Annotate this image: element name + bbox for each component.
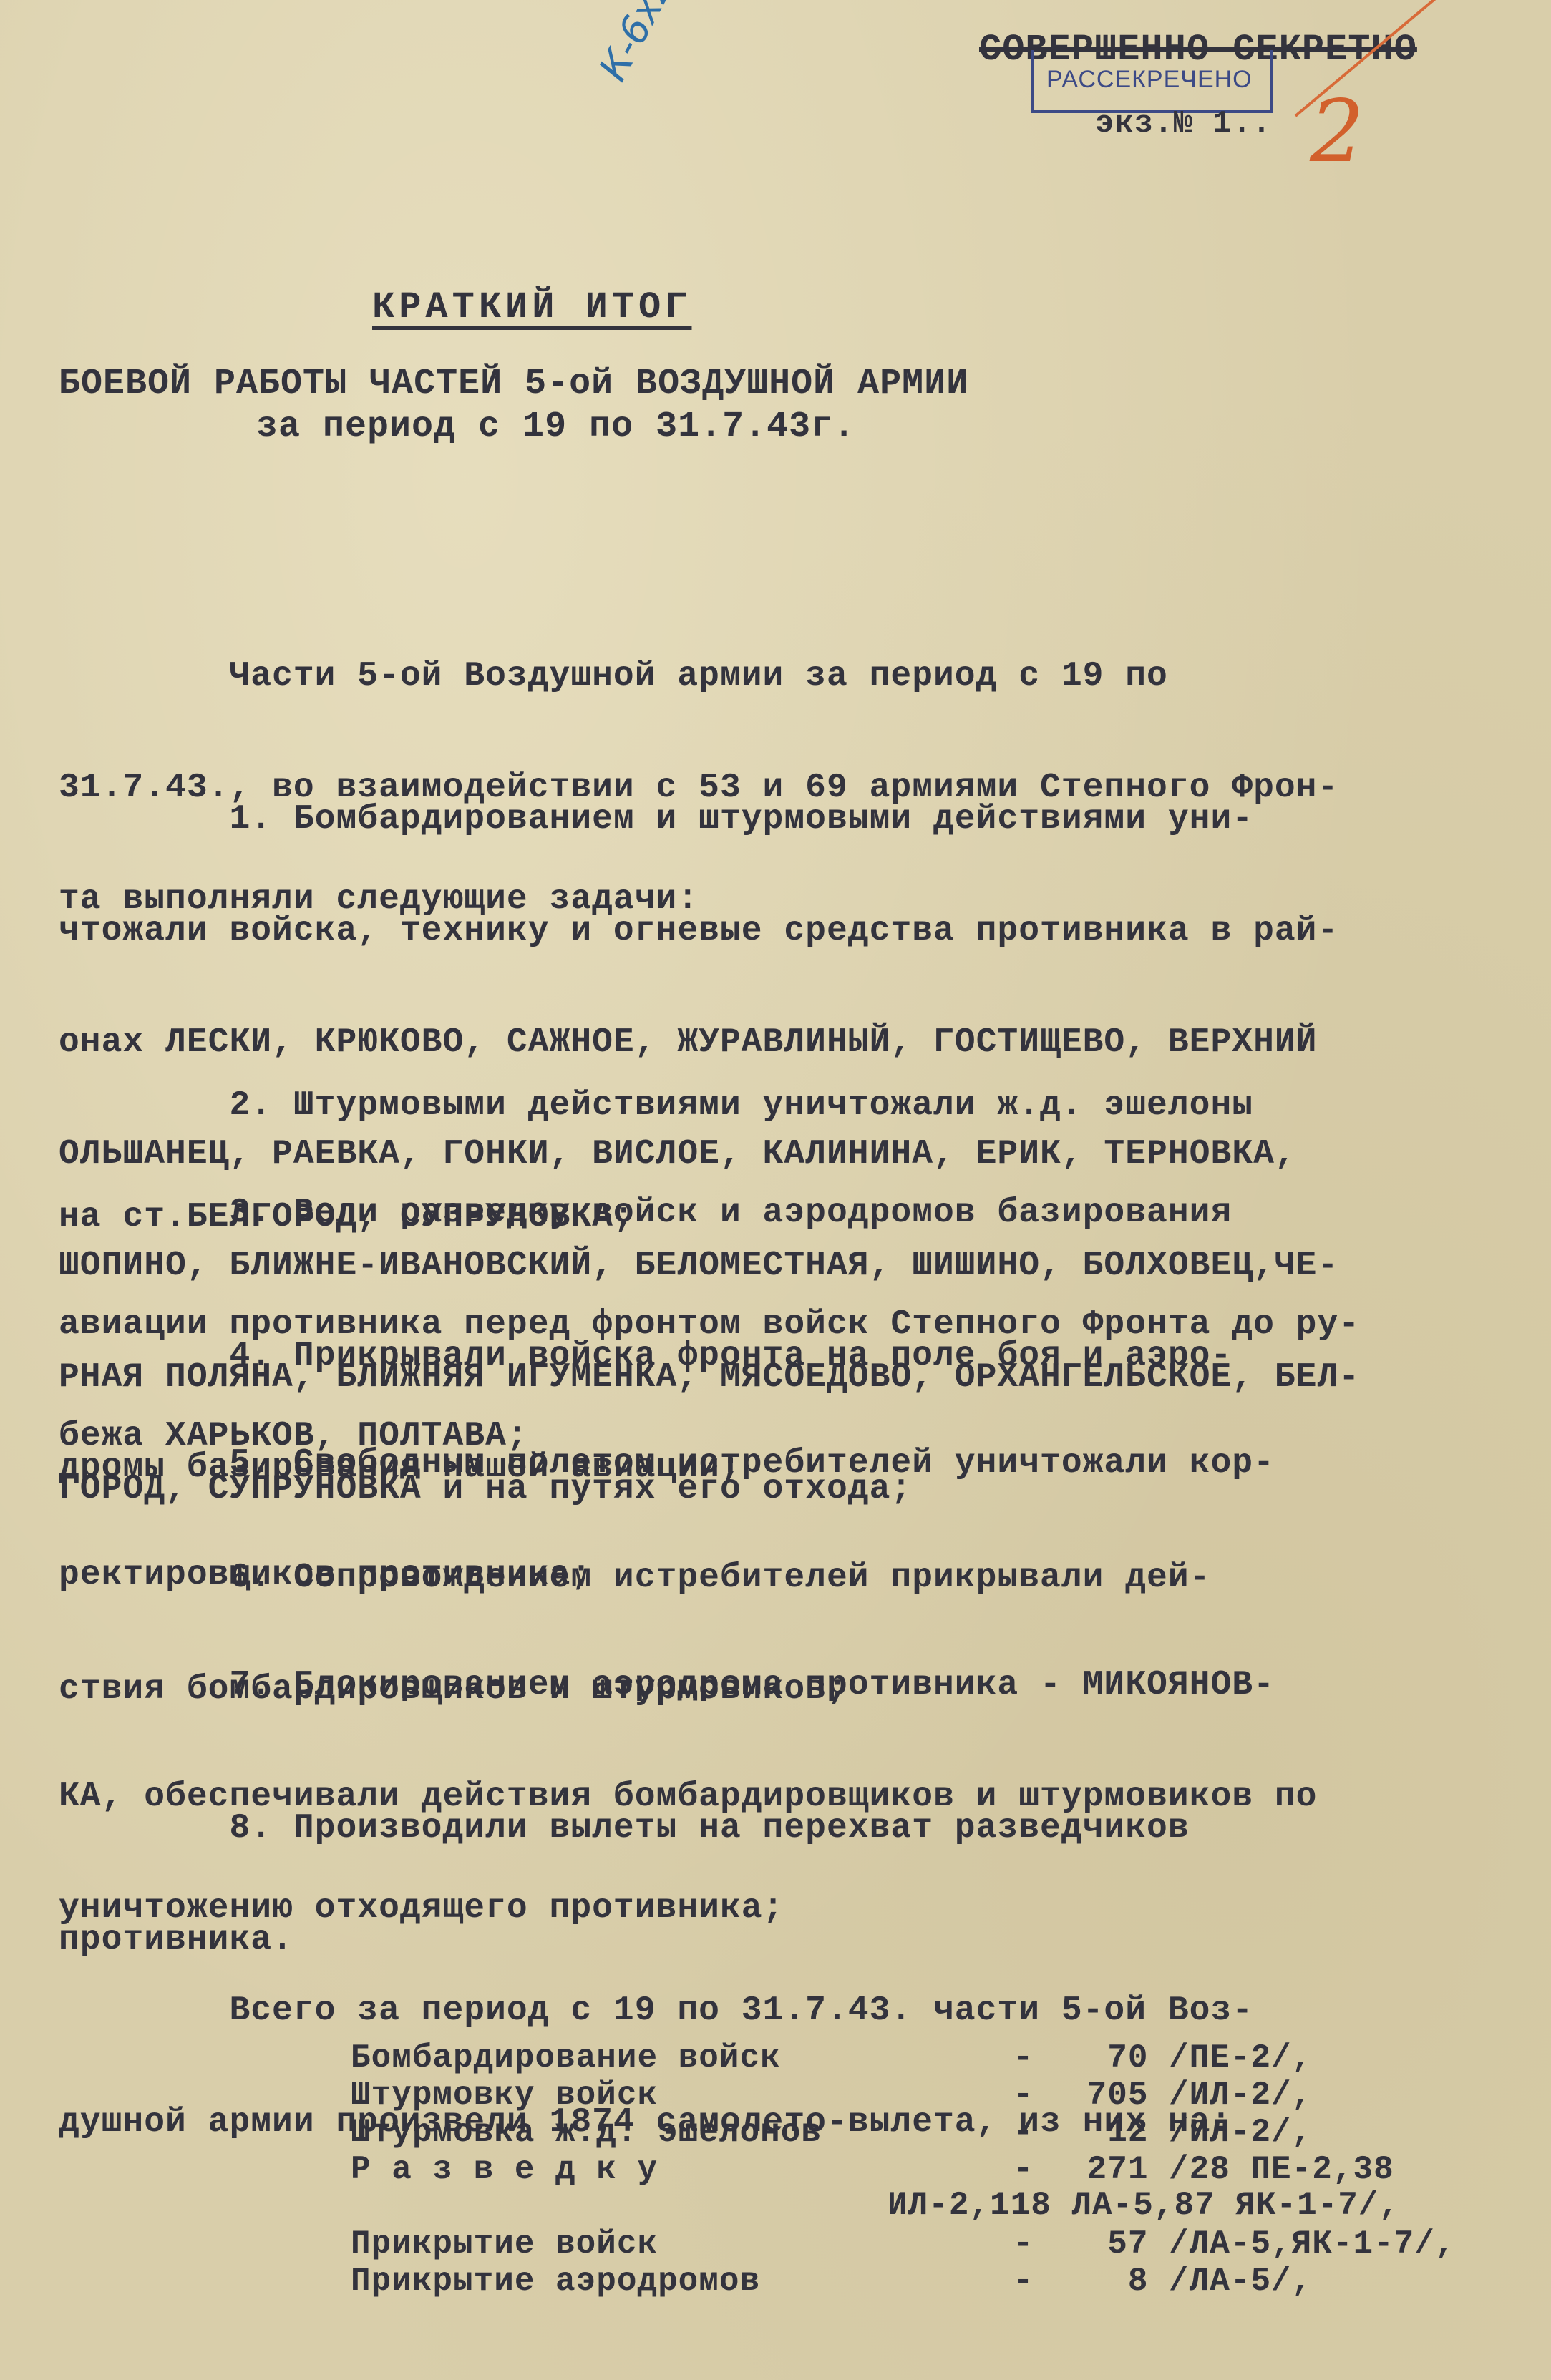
row-dash: - <box>981 2263 1066 2300</box>
copy-number: экз.№ 1.. <box>1095 106 1272 142</box>
table-row: Прикрытие аэродромов - 8 /ЛА-5/, <box>351 2263 1456 2300</box>
table-row: Штурмовка ж.д. эшелонов - 12 /ИЛ-2/, <box>351 2114 1456 2151</box>
row-dash: - <box>981 2151 1066 2188</box>
row-dash: - <box>981 2039 1066 2077</box>
text-line: Части 5-ой Воздушной армии за период с 1… <box>59 658 1519 695</box>
table-row: Штурмовку войск - 705 /ИЛ-2/, <box>351 2077 1456 2114</box>
text-line: 7. Блокированием аэродрома противника - … <box>59 1667 1519 1704</box>
row-value: 271 /28 ПЕ-2,38 <box>1066 2151 1394 2188</box>
text-line: 5. Свободным полетом истребителей уничто… <box>59 1445 1519 1482</box>
row-dash: - <box>981 2114 1066 2151</box>
text-line: 4. Прикрывали войска фронта на поле боя … <box>59 1337 1519 1375</box>
row-value: 57 /ЛА-5,ЯК-1-7/, <box>1066 2225 1456 2263</box>
table-row: Бомбардирование войск - 70 /ПЕ-2/, <box>351 2039 1456 2077</box>
table-row: Р а з в е д к у - 271 /28 ПЕ-2,38 <box>351 2151 1456 2188</box>
text-line: чтожали войска, технику и огневые средст… <box>59 912 1519 950</box>
row-label: Штурмовка ж.д. эшелонов <box>351 2114 981 2151</box>
text-line: 2. Штурмовыми действиями уничтожали ж.д.… <box>59 1087 1519 1124</box>
text-line: 3. Вели разведку войск и аэродромов бази… <box>59 1194 1519 1232</box>
text-line: 1. Бомбардированием и штурмовыми действи… <box>59 801 1519 838</box>
sorties-table: Бомбардирование войск - 70 /ПЕ-2/, Штурм… <box>351 2039 1456 2300</box>
document-title: КРАТКИЙ ИТОГ <box>372 286 691 328</box>
archive-handwritten-number: К-6х2213 <box>590 0 717 88</box>
row-dash: - <box>981 2225 1066 2263</box>
row-label: Штурмовку войск <box>351 2077 981 2114</box>
table-row: Прикрытие войск - 57 /ЛА-5,ЯК-1-7/, <box>351 2225 1456 2263</box>
document-subtitle: БОЕВОЙ РАБОТЫ ЧАСТЕЙ 5-ой ВОЗДУШНОЙ АРМИ… <box>59 364 968 404</box>
recon-breakdown-continuation: ИЛ-2,118 ЛА-5,87 ЯК-1-7/, <box>888 2187 1399 2224</box>
declassified-stamp: РАССЕКРЕЧЕНО <box>1046 66 1253 94</box>
row-label: Прикрытие войск <box>351 2225 981 2263</box>
row-label: Бомбардирование войск <box>351 2039 981 2077</box>
row-label: Прикрытие аэродромов <box>351 2263 981 2300</box>
row-value: 705 /ИЛ-2/, <box>1066 2077 1312 2114</box>
text-line: 6. Сопровождением истребителей прикрывал… <box>59 1559 1519 1596</box>
row-dash: - <box>981 2077 1066 2114</box>
row-value: 8 /ЛА-5/, <box>1066 2263 1312 2300</box>
row-value: 12 /ИЛ-2/, <box>1066 2114 1312 2151</box>
text-line: 8. Производили вылеты на перехват развед… <box>59 1810 1519 1847</box>
row-label: Р а з в е д к у <box>351 2151 981 2188</box>
document-period: за период с 19 по 31.7.43г. <box>256 406 855 447</box>
text-line: Всего за период с 19 по 31.7.43. части 5… <box>59 1992 1519 2029</box>
row-value: 70 /ПЕ-2/, <box>1066 2039 1312 2077</box>
